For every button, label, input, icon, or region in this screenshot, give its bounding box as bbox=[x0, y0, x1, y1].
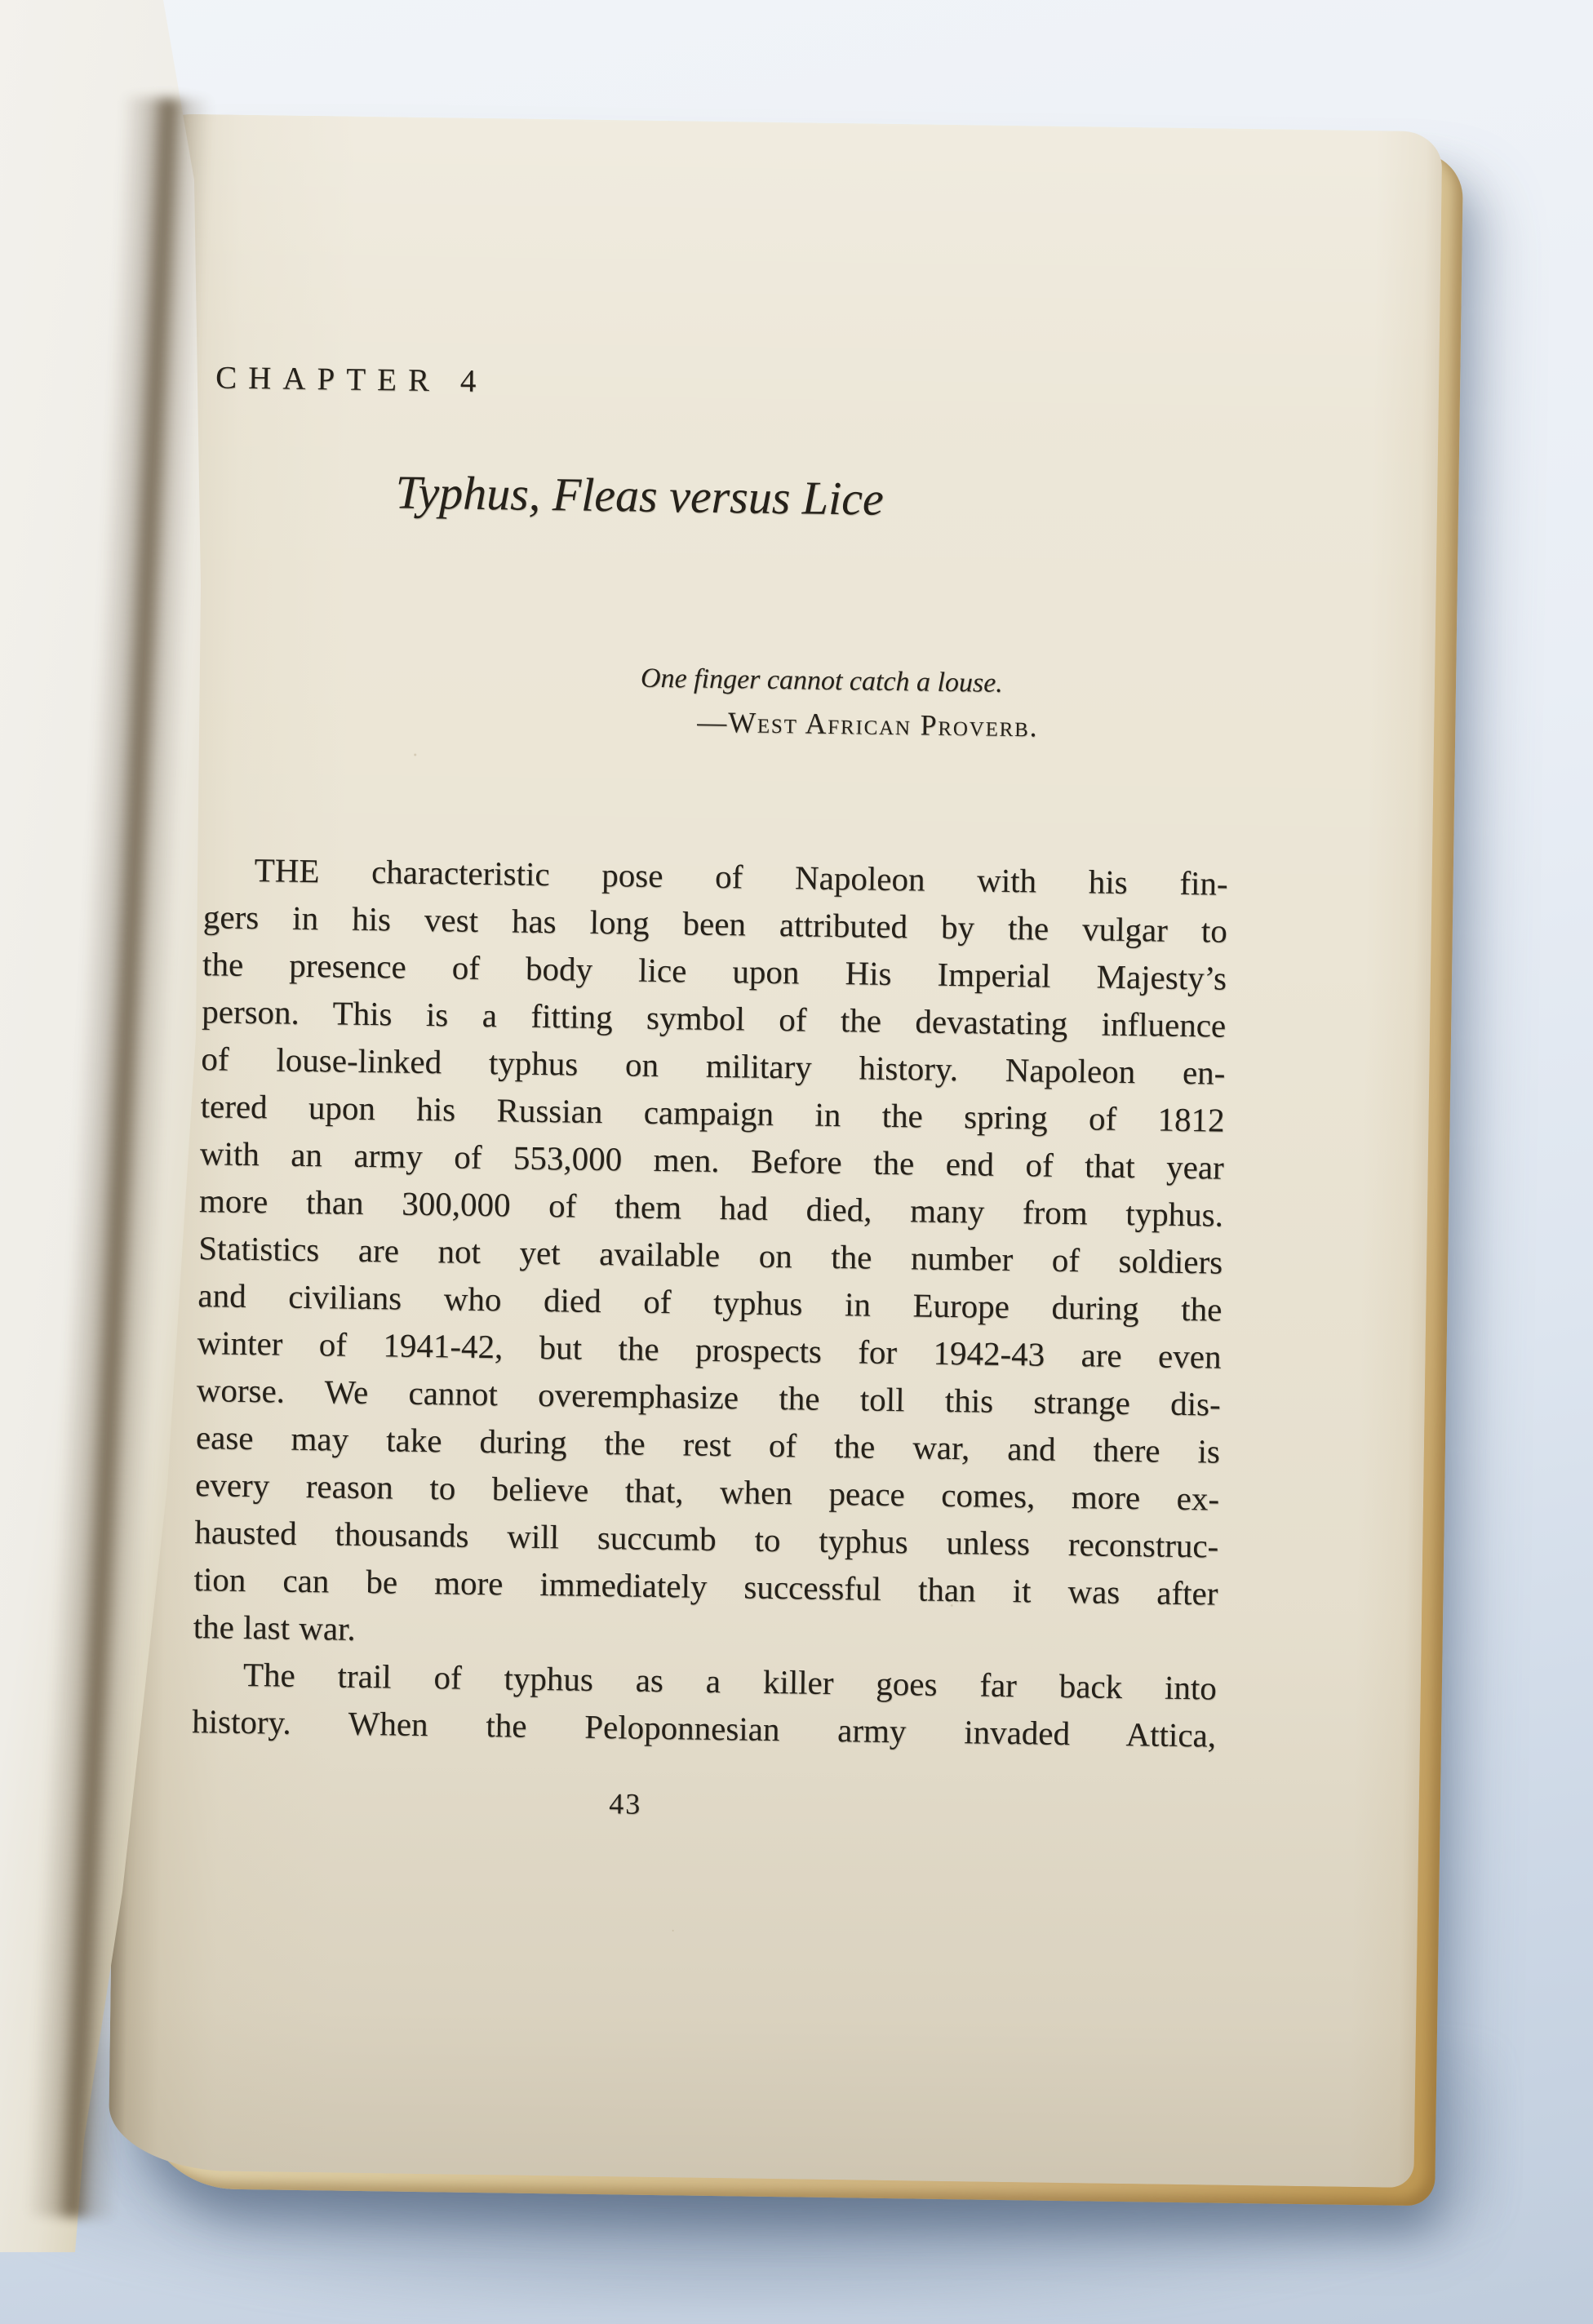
epigraph-quote: One finger cannot catch a louse. bbox=[641, 658, 1066, 706]
body-text: THE characteristic pose of Napoleon with… bbox=[192, 845, 1228, 1759]
epigraph-attribution: —West African Proverb. bbox=[640, 700, 1065, 748]
chapter-heading: CHAPTER 4 bbox=[215, 359, 488, 400]
open-book: CHAPTER 4 Typhus, Fleas versus Lice One … bbox=[108, 113, 1442, 2188]
epigraph: One finger cannot catch a louse. —West A… bbox=[640, 658, 1065, 748]
book-photo: CHAPTER 4 Typhus, Fleas versus Lice One … bbox=[0, 0, 1593, 2324]
